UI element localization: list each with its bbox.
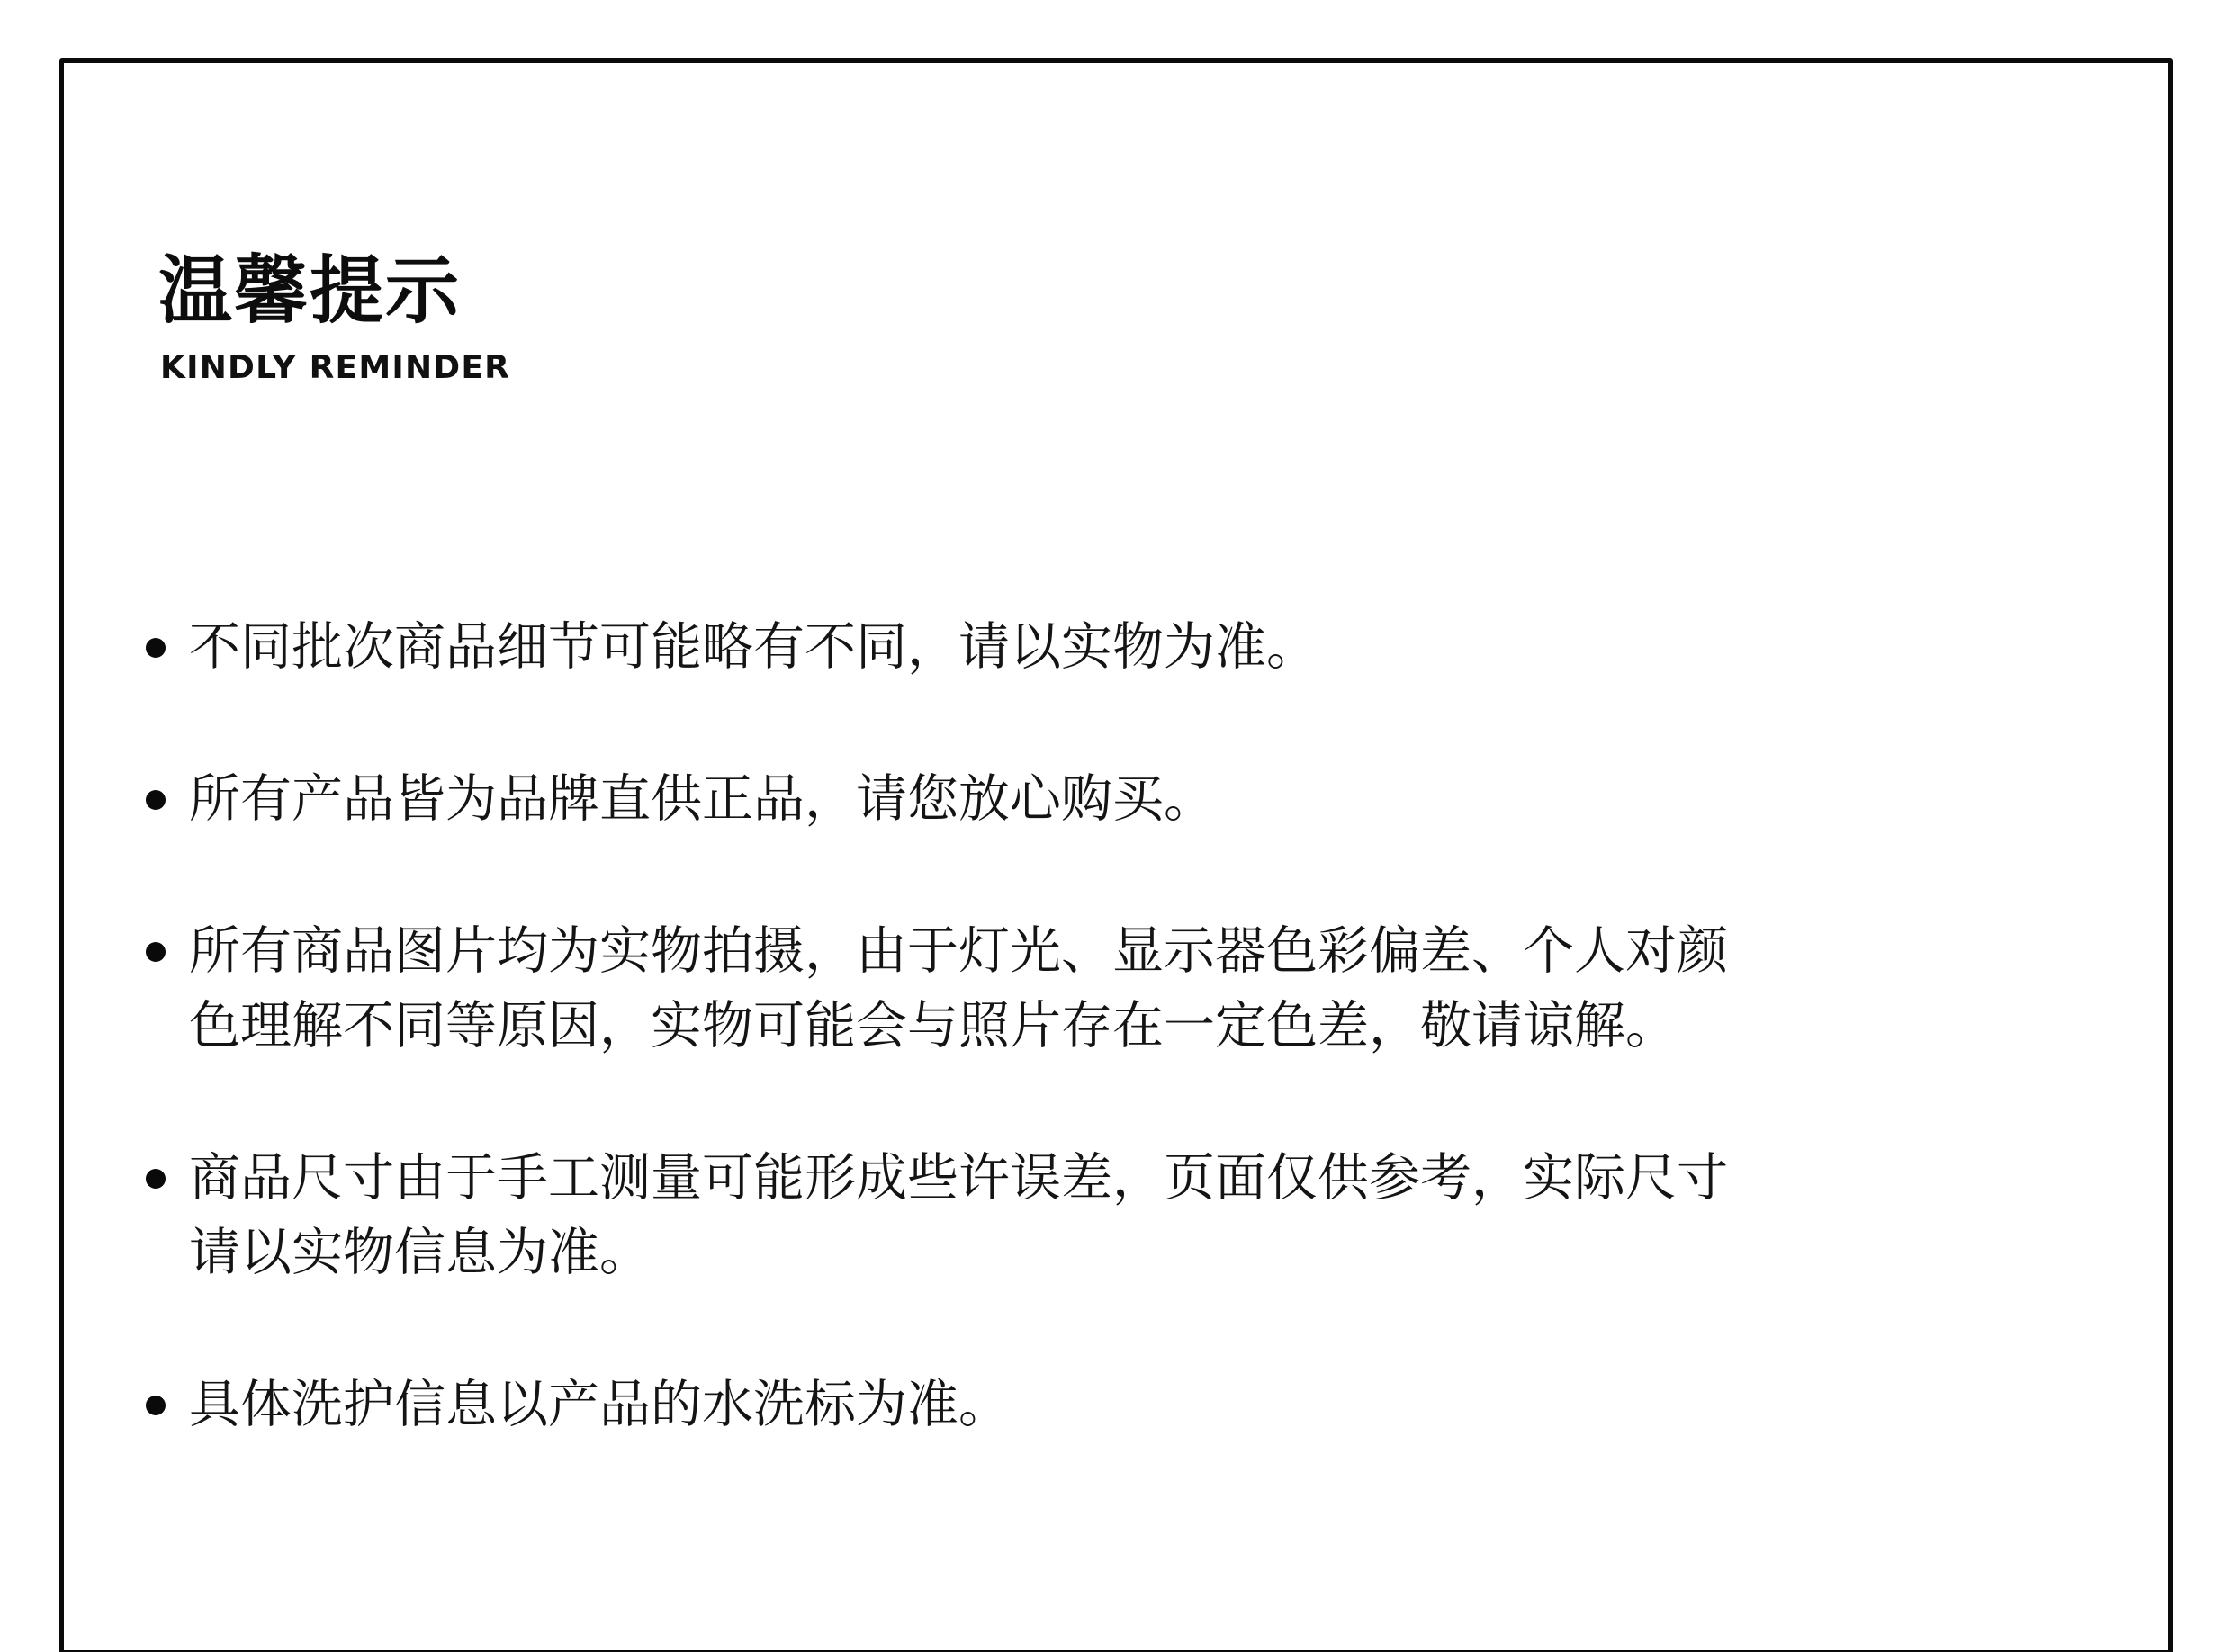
bullet-dot-icon	[146, 942, 166, 962]
bullet-dot-icon	[146, 1169, 166, 1189]
page-subtitle: KINDLY REMINDER	[160, 347, 510, 389]
notice-text-continued: 请以实物信息为准。	[189, 1216, 1789, 1290]
bullet-dot-icon	[146, 790, 166, 810]
notice-text: 所有商品图片均为实物拍摄，由于灯光、显示器色彩偏差、个人对颜	[189, 914, 1789, 989]
notice-text: 具体洗护信息以产品的水洗标为准。	[189, 1368, 1789, 1442]
notice-item: 具体洗护信息以产品的水洗标为准。	[142, 1368, 1789, 1442]
page-title: 温馨提示	[158, 248, 461, 335]
notice-item: 商品尺寸由于手工测量可能形成些许误差，页面仅供参考，实际尺寸 请以实物信息为准。	[142, 1141, 1789, 1290]
notice-text: 不同批次商品细节可能略有不同，请以实物为准。	[189, 610, 1789, 685]
notice-text-continued: 色理解不同等原因，实物可能会与照片存在一定色差，敬请谅解。	[189, 989, 1789, 1064]
bullet-dot-icon	[146, 638, 166, 658]
notice-item: 不同批次商品细节可能略有不同，请以实物为准。	[142, 610, 1789, 685]
notice-text: 商品尺寸由于手工测量可能形成些许误差，页面仅供参考，实际尺寸	[189, 1141, 1789, 1216]
notice-list: 不同批次商品细节可能略有不同，请以实物为准。 所有产品皆为品牌直供正品，请您放心…	[142, 610, 1789, 1520]
bullet-dot-icon	[146, 1396, 166, 1415]
notice-text: 所有产品皆为品牌直供正品，请您放心购买。	[189, 762, 1789, 837]
notice-item: 所有产品皆为品牌直供正品，请您放心购买。	[142, 762, 1789, 837]
notice-item: 所有商品图片均为实物拍摄，由于灯光、显示器色彩偏差、个人对颜 色理解不同等原因，…	[142, 914, 1789, 1064]
